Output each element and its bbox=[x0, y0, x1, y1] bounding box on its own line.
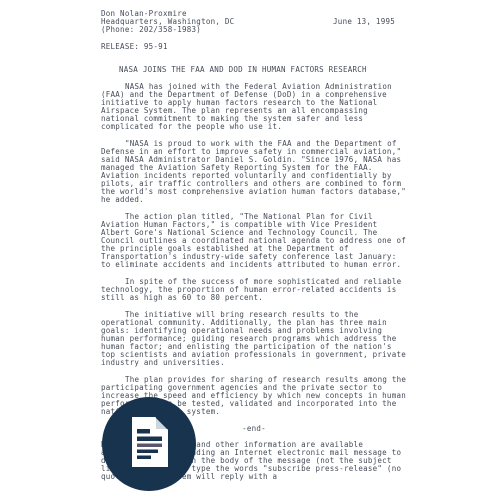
headline: NASA JOINS THE FAA AND DOD IN HUMAN FACT… bbox=[101, 66, 407, 74]
release-date: June 13, 1995 bbox=[333, 18, 395, 26]
release-header: Don Nolan-Proxmire Headquarters, Washing… bbox=[101, 10, 407, 34]
paragraph-2: "NASA is proud to work with the FAA and … bbox=[101, 140, 407, 204]
scanned-press-release-page: Don Nolan-Proxmire Headquarters, Washing… bbox=[0, 0, 500, 500]
paragraph-4: In spite of the success of more sophisti… bbox=[101, 278, 407, 302]
paragraph-3: The action plan titled, "The National Pl… bbox=[101, 213, 407, 269]
paragraph-5: The initiative will bring research resul… bbox=[101, 311, 407, 367]
contact-phone: (Phone: 202/358-1983) bbox=[101, 26, 407, 34]
document-file-icon bbox=[102, 397, 196, 491]
document-page-glyph bbox=[125, 414, 173, 474]
paragraph-1: NASA has joined with the Federal Aviatio… bbox=[101, 83, 407, 131]
release-number: RELEASE: 95-91 bbox=[101, 43, 407, 51]
